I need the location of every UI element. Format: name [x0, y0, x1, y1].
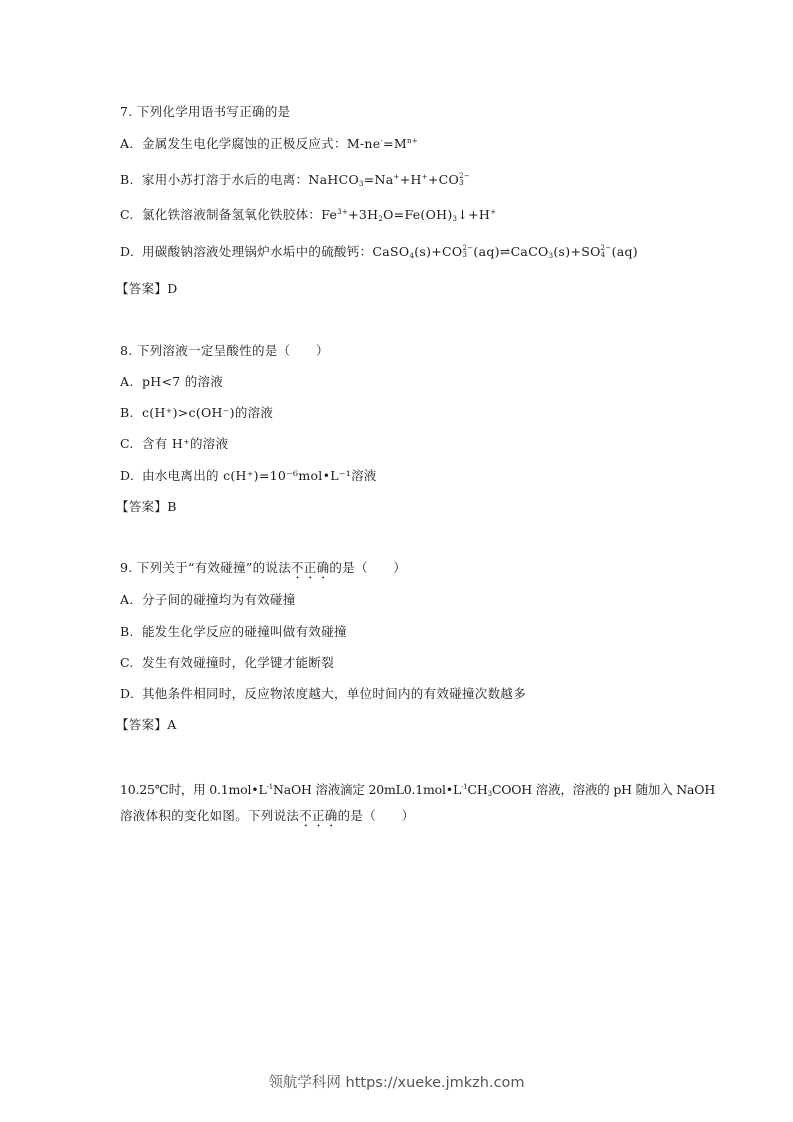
question-text-end: 的是（ ） [338, 808, 415, 823]
question-text: 下列化学用语书写正确的是 [137, 104, 291, 119]
question-10-stem-line-1: 10.25℃时，用 0.1mol•L-1NaOH 溶液滴定 20mL0.1mol… [120, 782, 715, 798]
option-label: C. [120, 436, 142, 452]
question-number: 10. [120, 782, 139, 797]
option-text: 氯化铁溶液制备氢氧化铁胶体： [142, 207, 321, 222]
emphasized-text: 不正确 [299, 808, 337, 823]
question-9-option-d: D.其他条件相同时，反应物浓度越大，单位时间内的有效碰撞次数越多 [120, 686, 526, 702]
question-9-option-c: C.发生有效碰撞时，化学键才能断裂 [120, 655, 334, 671]
option-label: D. [120, 468, 142, 484]
option-label: A. [120, 136, 142, 152]
question-text: 25℃时，用 0.1mol•L-1NaOH 溶液滴定 20mL0.1mol•L-… [139, 782, 715, 797]
question-8-option-d: D.由水电离出的 c(H⁺)=10⁻⁶mol•L⁻¹溶液 [120, 468, 377, 484]
option-formula: NaHCO3=Na++H++CO2−3 [308, 172, 470, 187]
option-text: 发生有效碰撞时，化学键才能断裂 [142, 655, 334, 670]
option-text: 家用小苏打溶于水后的电离： [142, 172, 308, 187]
question-9-stem: 9. 下列关于“有效碰撞”的说法不正确的是（ ） [120, 560, 406, 582]
option-text: 含有 H⁺的溶液 [142, 436, 228, 451]
question-9-option-b: B.能发生化学反应的碰撞叫做有效碰撞 [120, 624, 347, 640]
question-text-end: 的是（ ） [329, 560, 406, 575]
option-label: D. [120, 244, 142, 260]
question-8-option-b: B.c(H⁺)>c(OH⁻)的溶液 [120, 405, 273, 421]
question-text: 下列关于“有效碰撞”的说法 [137, 560, 291, 575]
question-8-answer: 【答案】B [116, 499, 177, 515]
option-label: C. [120, 655, 142, 671]
answer-value: A [167, 717, 176, 732]
option-text: 由水电离出的 c(H⁺)=10⁻⁶mol•L⁻¹溶液 [142, 468, 377, 483]
question-8-option-a: A.pH<7 的溶液 [120, 374, 223, 390]
question-number: 8. [120, 343, 133, 358]
answer-value: D [167, 281, 177, 296]
option-label: B. [120, 624, 142, 640]
option-text: 分子间的碰撞均为有效碰撞 [142, 592, 296, 607]
option-text: 能发生化学反应的碰撞叫做有效碰撞 [142, 624, 347, 639]
document-page: 7. 下列化学用语书写正确的是 A.金属发生电化学腐蚀的正极反应式：M-ne-=… [0, 0, 793, 1122]
question-9-answer: 【答案】A [116, 717, 177, 733]
option-text: c(H⁺)>c(OH⁻)的溶液 [142, 405, 273, 420]
option-label: A. [120, 592, 142, 608]
answer-value: B [167, 499, 177, 514]
option-formula: M-ne-=Mn+ [347, 136, 418, 151]
question-number: 9. [120, 560, 133, 575]
question-text: 溶液体积的变化如图。下列说法 [120, 808, 299, 823]
option-label: B. [120, 405, 142, 421]
option-formula: CaSO4(s)+CO2−3(aq)⇌CaCO3(s)+SO2−4(aq) [372, 244, 638, 259]
option-formula: Fe3++3H2O=Fe(OH)3↓+H+ [321, 207, 496, 222]
emphasized-text: 不正确 [291, 560, 329, 575]
question-8-option-c: C.含有 H⁺的溶液 [120, 436, 228, 452]
question-7-option-b: B.家用小苏打溶于水后的电离：NaHCO3=Na++H++CO2−3 [120, 172, 470, 188]
question-7-option-a: A.金属发生电化学腐蚀的正极反应式：M-ne-=Mn+ [120, 136, 418, 152]
question-7-answer: 【答案】D [116, 281, 178, 297]
option-label: A. [120, 374, 142, 390]
footer-url[interactable]: https://xueke.jmkzh.com [346, 1075, 525, 1091]
answer-prefix: 【答案】 [116, 717, 167, 732]
option-text: 金属发生电化学腐蚀的正极反应式： [142, 136, 347, 151]
option-text: pH<7 的溶液 [142, 374, 223, 389]
footer-site-name: 领航学科网 [268, 1075, 341, 1091]
option-label: C. [120, 207, 142, 223]
question-7-option-d: D.用碳酸钠溶液处理锅炉水垢中的硫酸钙：CaSO4(s)+CO2−3(aq)⇌C… [120, 244, 638, 260]
question-7-option-c: C.氯化铁溶液制备氢氧化铁胶体：Fe3++3H2O=Fe(OH)3↓+H+ [120, 207, 496, 223]
option-text: 其他条件相同时，反应物浓度越大，单位时间内的有效碰撞次数越多 [142, 686, 526, 701]
page-footer: 领航学科网 https://xueke.jmkzh.com [0, 1071, 793, 1092]
question-10-stem-line-2: 溶液体积的变化如图。下列说法不正确的是（ ） [120, 808, 414, 830]
option-label: B. [120, 172, 142, 188]
question-9-option-a: A.分子间的碰撞均为有效碰撞 [120, 592, 296, 608]
option-label: D. [120, 686, 142, 702]
answer-prefix: 【答案】 [116, 499, 167, 514]
question-text: 下列溶液一定呈酸性的是（ ） [137, 343, 329, 358]
question-7-stem: 7. 下列化学用语书写正确的是 [120, 104, 290, 120]
question-8-stem: 8. 下列溶液一定呈酸性的是（ ） [120, 343, 329, 359]
question-number: 7. [120, 104, 133, 119]
option-text: 用碳酸钠溶液处理锅炉水垢中的硫酸钙： [142, 244, 372, 259]
answer-prefix: 【答案】 [116, 281, 167, 296]
